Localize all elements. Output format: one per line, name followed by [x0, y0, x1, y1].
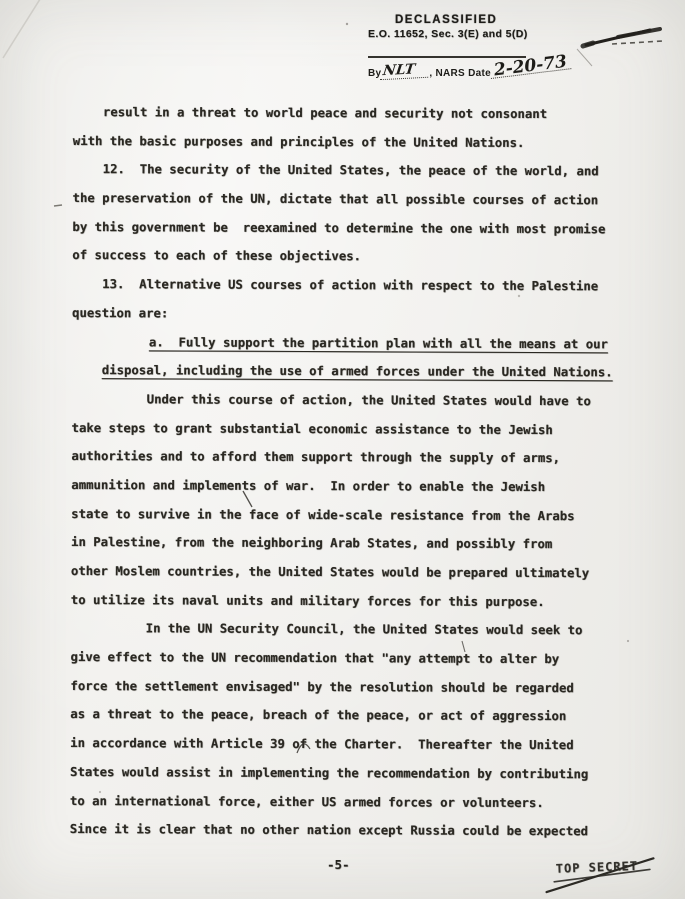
- strikethrough-mark: [549, 852, 662, 898]
- document-page: DECLASSIFIED E.O. 11652, Sec. 3(E) and 5…: [0, 0, 685, 899]
- classification-stamp: TOP SECRET: [549, 852, 662, 898]
- ink-artifact-marks: [0, 0, 685, 899]
- page-number: -5-: [327, 857, 350, 872]
